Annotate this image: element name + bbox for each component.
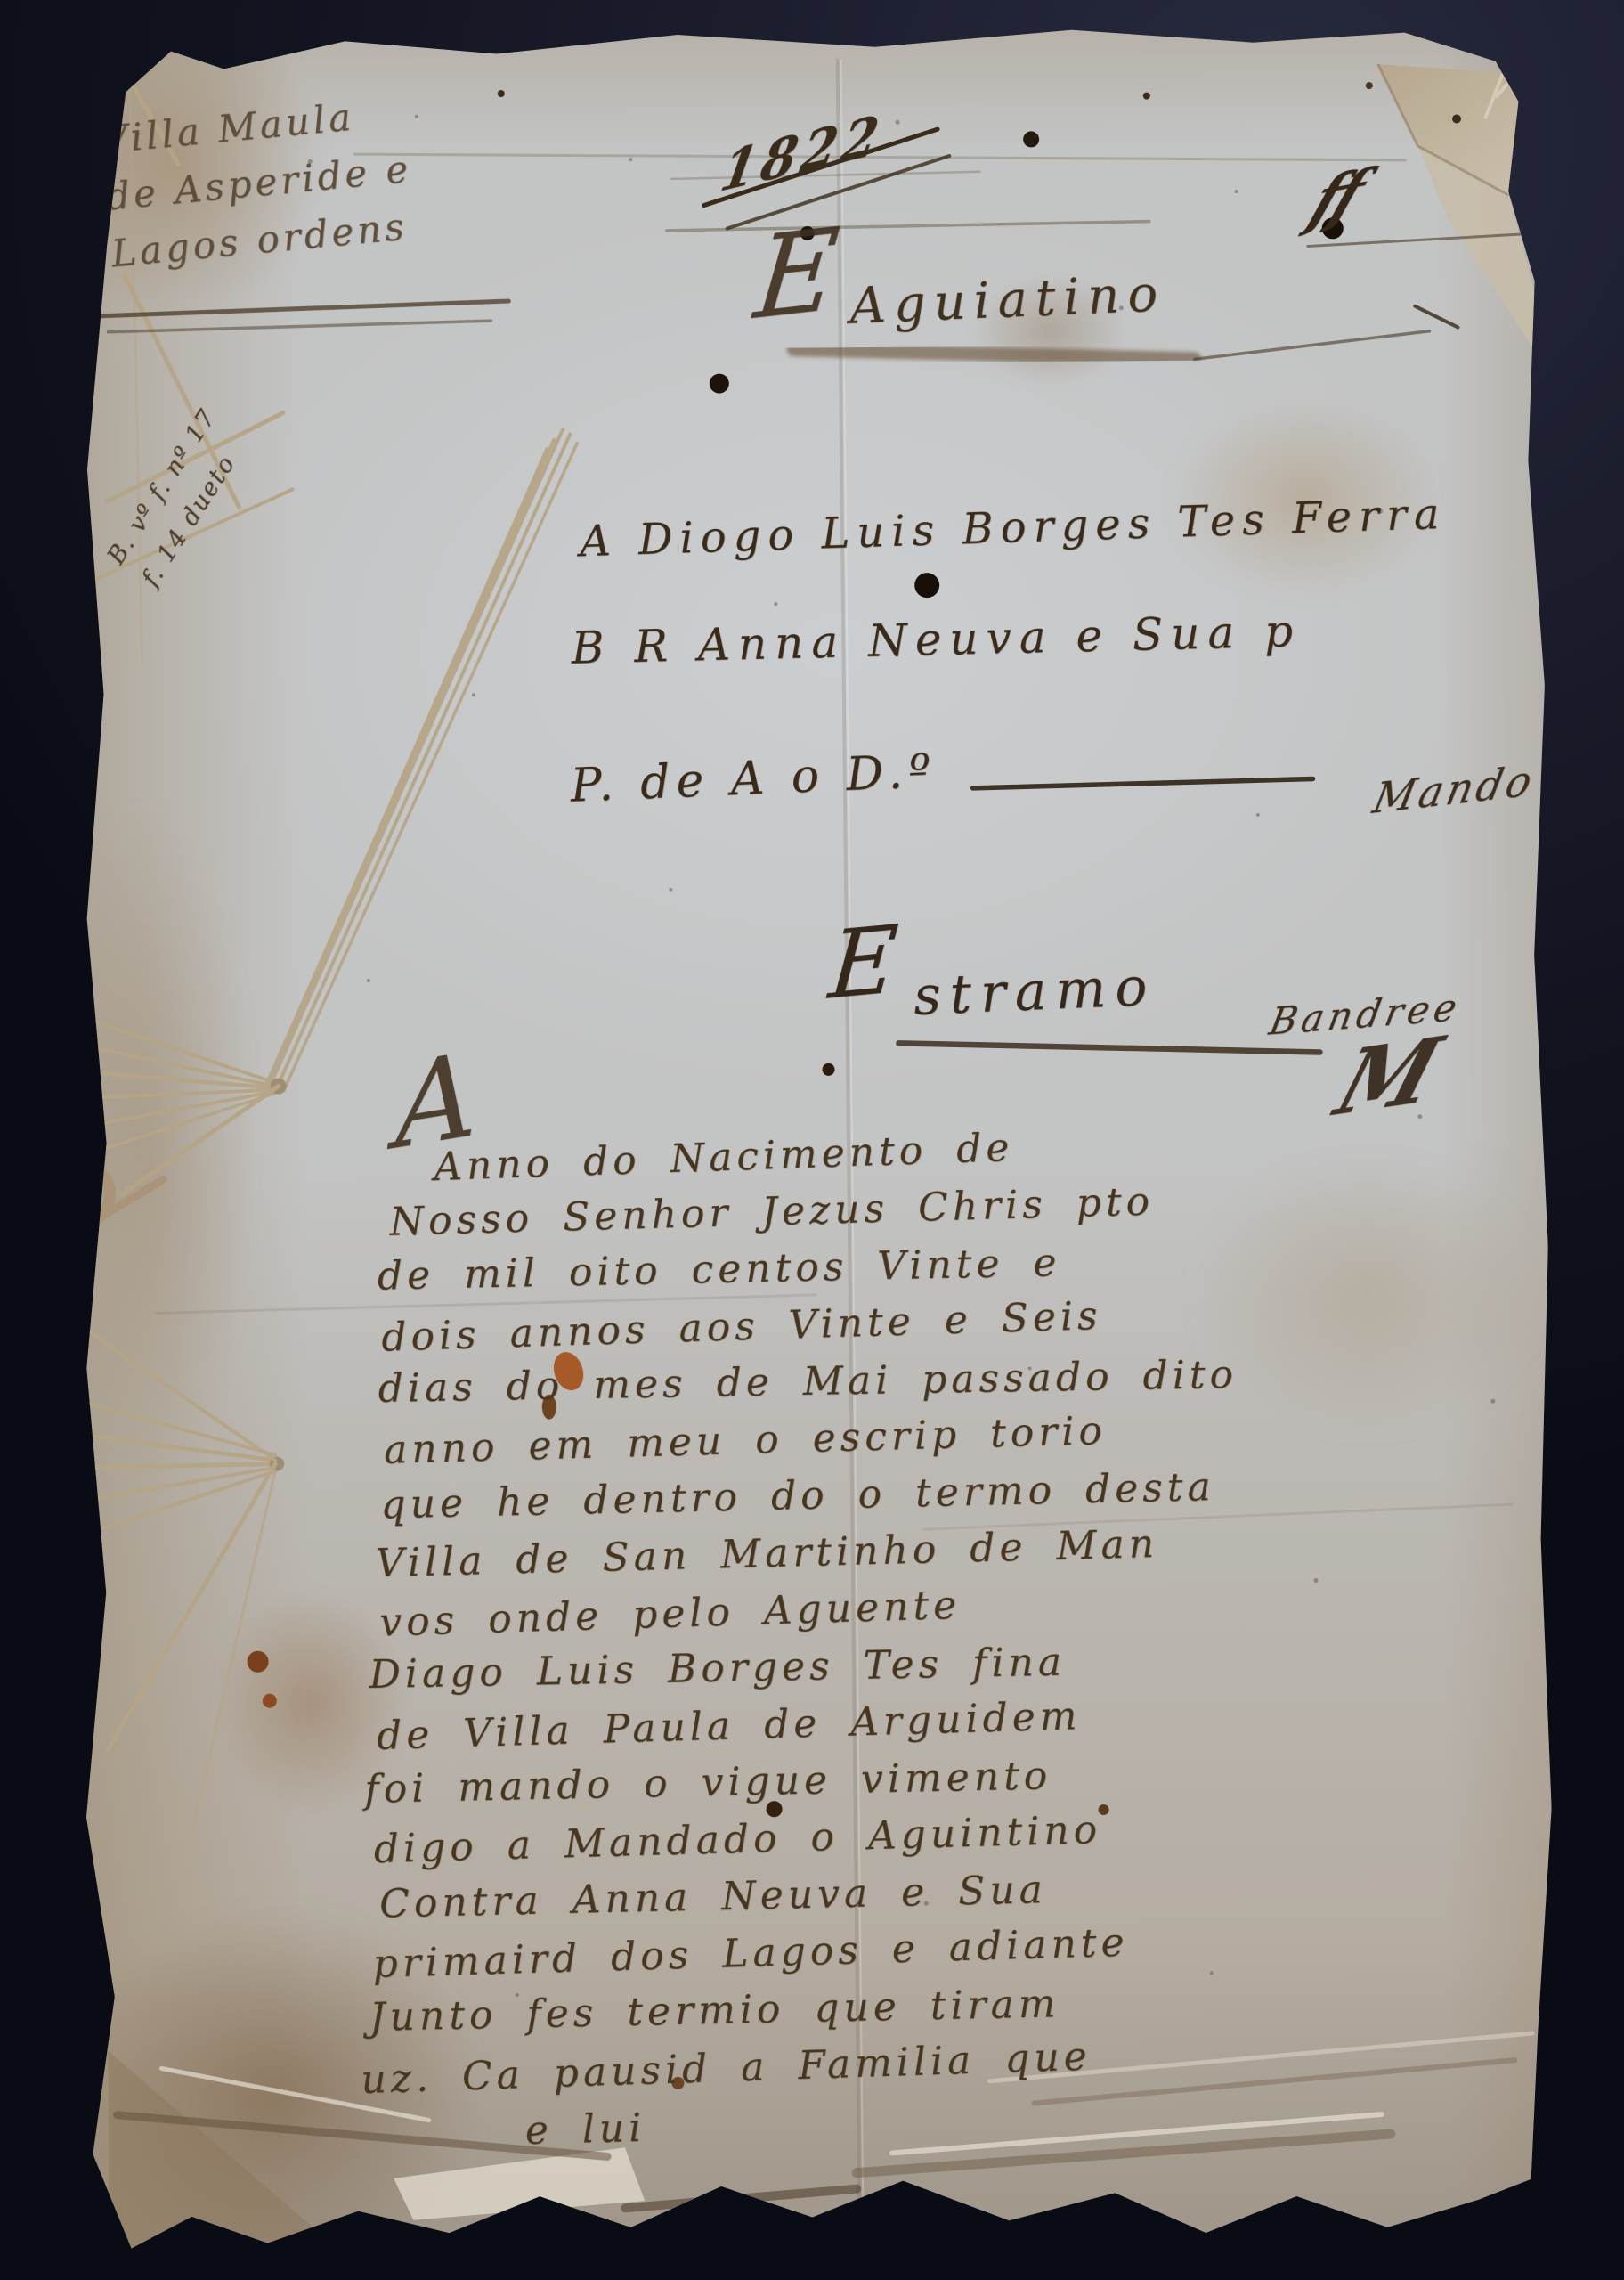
address-line-right: Mando [1368,756,1539,824]
photograph-background: Villa Maula de Asperide e Lagos ordens 1… [0,0,1624,2280]
address-line: B R Anna Neuva e Sua p [571,605,1302,673]
year-mark: 1822 [716,102,889,205]
stain [38,803,256,1481]
spine-margin-note: B. vº f. nº 17 f. 14 dueto [97,401,263,596]
stain [1189,1152,1547,1438]
page-heading: Aguiatino [849,265,1166,335]
body-text-block: Anno do Nacimento de Nosso Senhor Jezus … [377,1128,1242,2160]
section-initial-flourish: E [825,904,902,1021]
folded-corner [1378,63,1569,390]
address-line: P. de A o D.º [569,745,938,813]
manuscript-page: Villa Maula de Asperide e Lagos ordens 1… [42,12,1569,2267]
paraph-mark: ff [1300,155,1373,239]
top-left-annotation: Villa Maula de Asperide e Lagos ordens [98,84,419,282]
section-heading: stramo [913,956,1157,1028]
heading-initial-flourish: E [750,203,844,346]
address-line: A Diogo Luis Borges Tes Ferra [579,489,1447,566]
